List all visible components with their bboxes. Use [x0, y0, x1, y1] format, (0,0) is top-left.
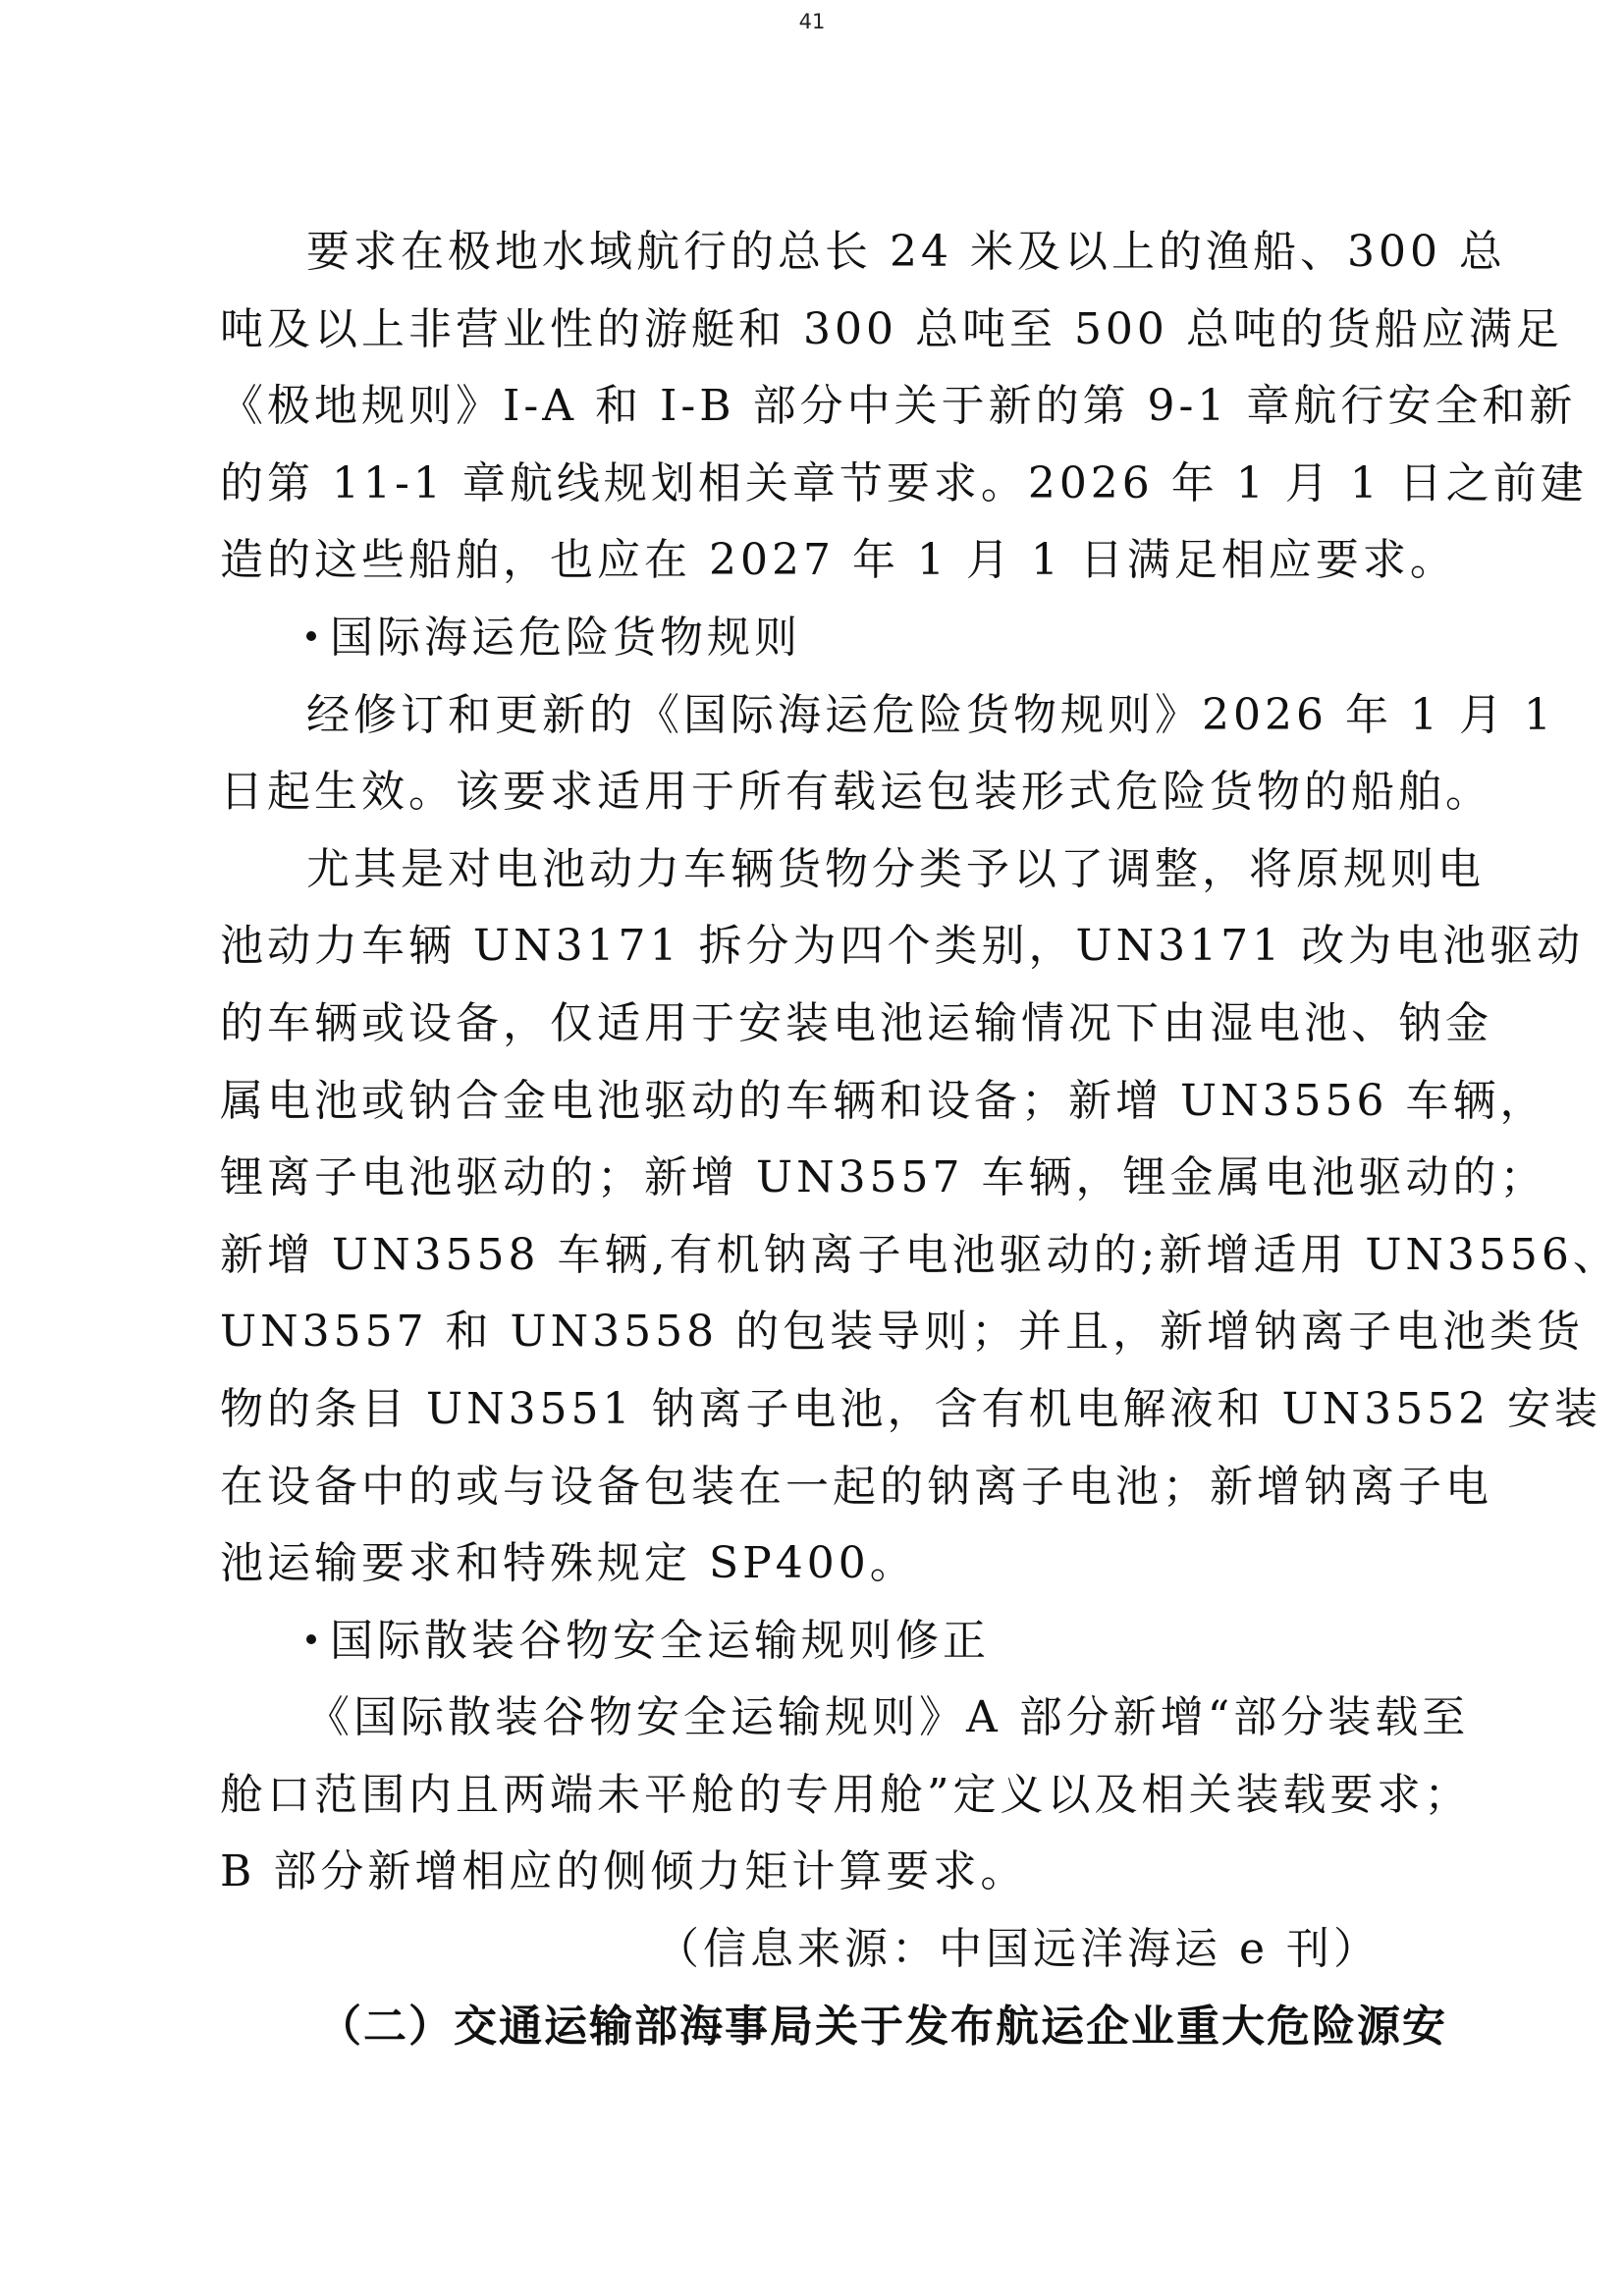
bullet-heading-grain-code: 国际散装谷物安全运输规则修正 — [220, 1603, 1390, 1681]
text-line: B 部分新增相应的侧倾力矩计算要求。 — [220, 1834, 1390, 1911]
text-line: 经修订和更新的《国际海运危险货物规则》2026 年 1 月 1 — [220, 677, 1390, 755]
bullet-icon — [306, 631, 316, 641]
text-line: 《国际散装谷物安全运输规则》A 部分新增“部分装载至 — [220, 1680, 1390, 1757]
text-line: 池运输要求和特殊规定 SP400。 — [220, 1525, 1390, 1603]
text-line: 造的这些船舶，也应在 2027 年 1 月 1 日满足相应要求。 — [220, 522, 1390, 600]
bullet-text: 国际散装谷物安全运输规则修正 — [330, 1616, 990, 1666]
page-number: 41 — [0, 10, 1624, 33]
text-line: 要求在极地水域航行的总长 24 米及以上的渔船、300 总 — [220, 214, 1390, 292]
text-line: 的第 11-1 章航线规划相关章节要求。2026 年 1 月 1 日之前建 — [220, 446, 1390, 523]
bullet-icon — [306, 1634, 316, 1644]
paragraph-battery-vehicles: 尤其是对电池动力车辆货物分类予以了调整，将原规则电 池动力车辆 UN3171 拆… — [220, 831, 1390, 1603]
document-body: 要求在极地水域航行的总长 24 米及以上的渔船、300 总 吨及以上非营业性的游… — [220, 214, 1390, 2065]
text-line: 《极地规则》I-A 和 I-B 部分中关于新的第 9-1 章航行安全和新 — [220, 368, 1390, 446]
text-line: 在设备中的或与设备包装在一起的钠离子电池；新增钠离子电 — [220, 1449, 1390, 1526]
text-line: 舱口范围内且两端未平舱的专用舱”定义以及相关装载要求； — [220, 1757, 1390, 1835]
bullet-text: 国际海运危险货物规则 — [330, 613, 801, 663]
text-line: 吨及以上非营业性的游艇和 300 总吨至 500 总吨的货船应满足 — [220, 292, 1390, 369]
paragraph-imdg-effective: 经修订和更新的《国际海运危险货物规则》2026 年 1 月 1 日起生效。该要求… — [220, 677, 1390, 831]
bullet-heading-imdg: 国际海运危险货物规则 — [220, 600, 1390, 677]
text-line: 锂离子电池驱动的；新增 UN3557 车辆，锂金属电池驱动的； — [220, 1140, 1390, 1217]
text-line: 属电池或钠合金电池驱动的车辆和设备；新增 UN3556 车辆， — [220, 1063, 1390, 1141]
section-heading: （二）交通运输部海事局关于发布航运企业重大危险源安 — [220, 1989, 1390, 2066]
text-line: 的车辆或设备，仅适用于安装电池运输情况下由湿电池、钠金 — [220, 986, 1390, 1063]
text-line: 物的条目 UN3551 钠离子电池，含有机电解液和 UN3552 安装 — [220, 1371, 1390, 1449]
text-line: UN3557 和 UN3558 的包装导则；并且，新增钠离子电池类货 — [220, 1294, 1390, 1371]
text-line: 日起生效。该要求适用于所有载运包装形式危险货物的船舶。 — [220, 754, 1390, 831]
paragraph-grain-code: 《国际散装谷物安全运输规则》A 部分新增“部分装载至 舱口范围内且两端未平舱的专… — [220, 1680, 1390, 1911]
source-citation: （信息来源：中国远洋海运 e 刊） — [220, 1911, 1390, 1989]
text-line: 池动力车辆 UN3171 拆分为四个类别，UN3171 改为电池驱动 — [220, 908, 1390, 986]
text-line: 新增 UN3558 车辆,有机钠离子电池驱动的;新增适用 UN3556、 — [220, 1217, 1390, 1295]
paragraph-polar-code: 要求在极地水域航行的总长 24 米及以上的渔船、300 总 吨及以上非营业性的游… — [220, 214, 1390, 600]
text-line: 尤其是对电池动力车辆货物分类予以了调整，将原规则电 — [220, 831, 1390, 909]
